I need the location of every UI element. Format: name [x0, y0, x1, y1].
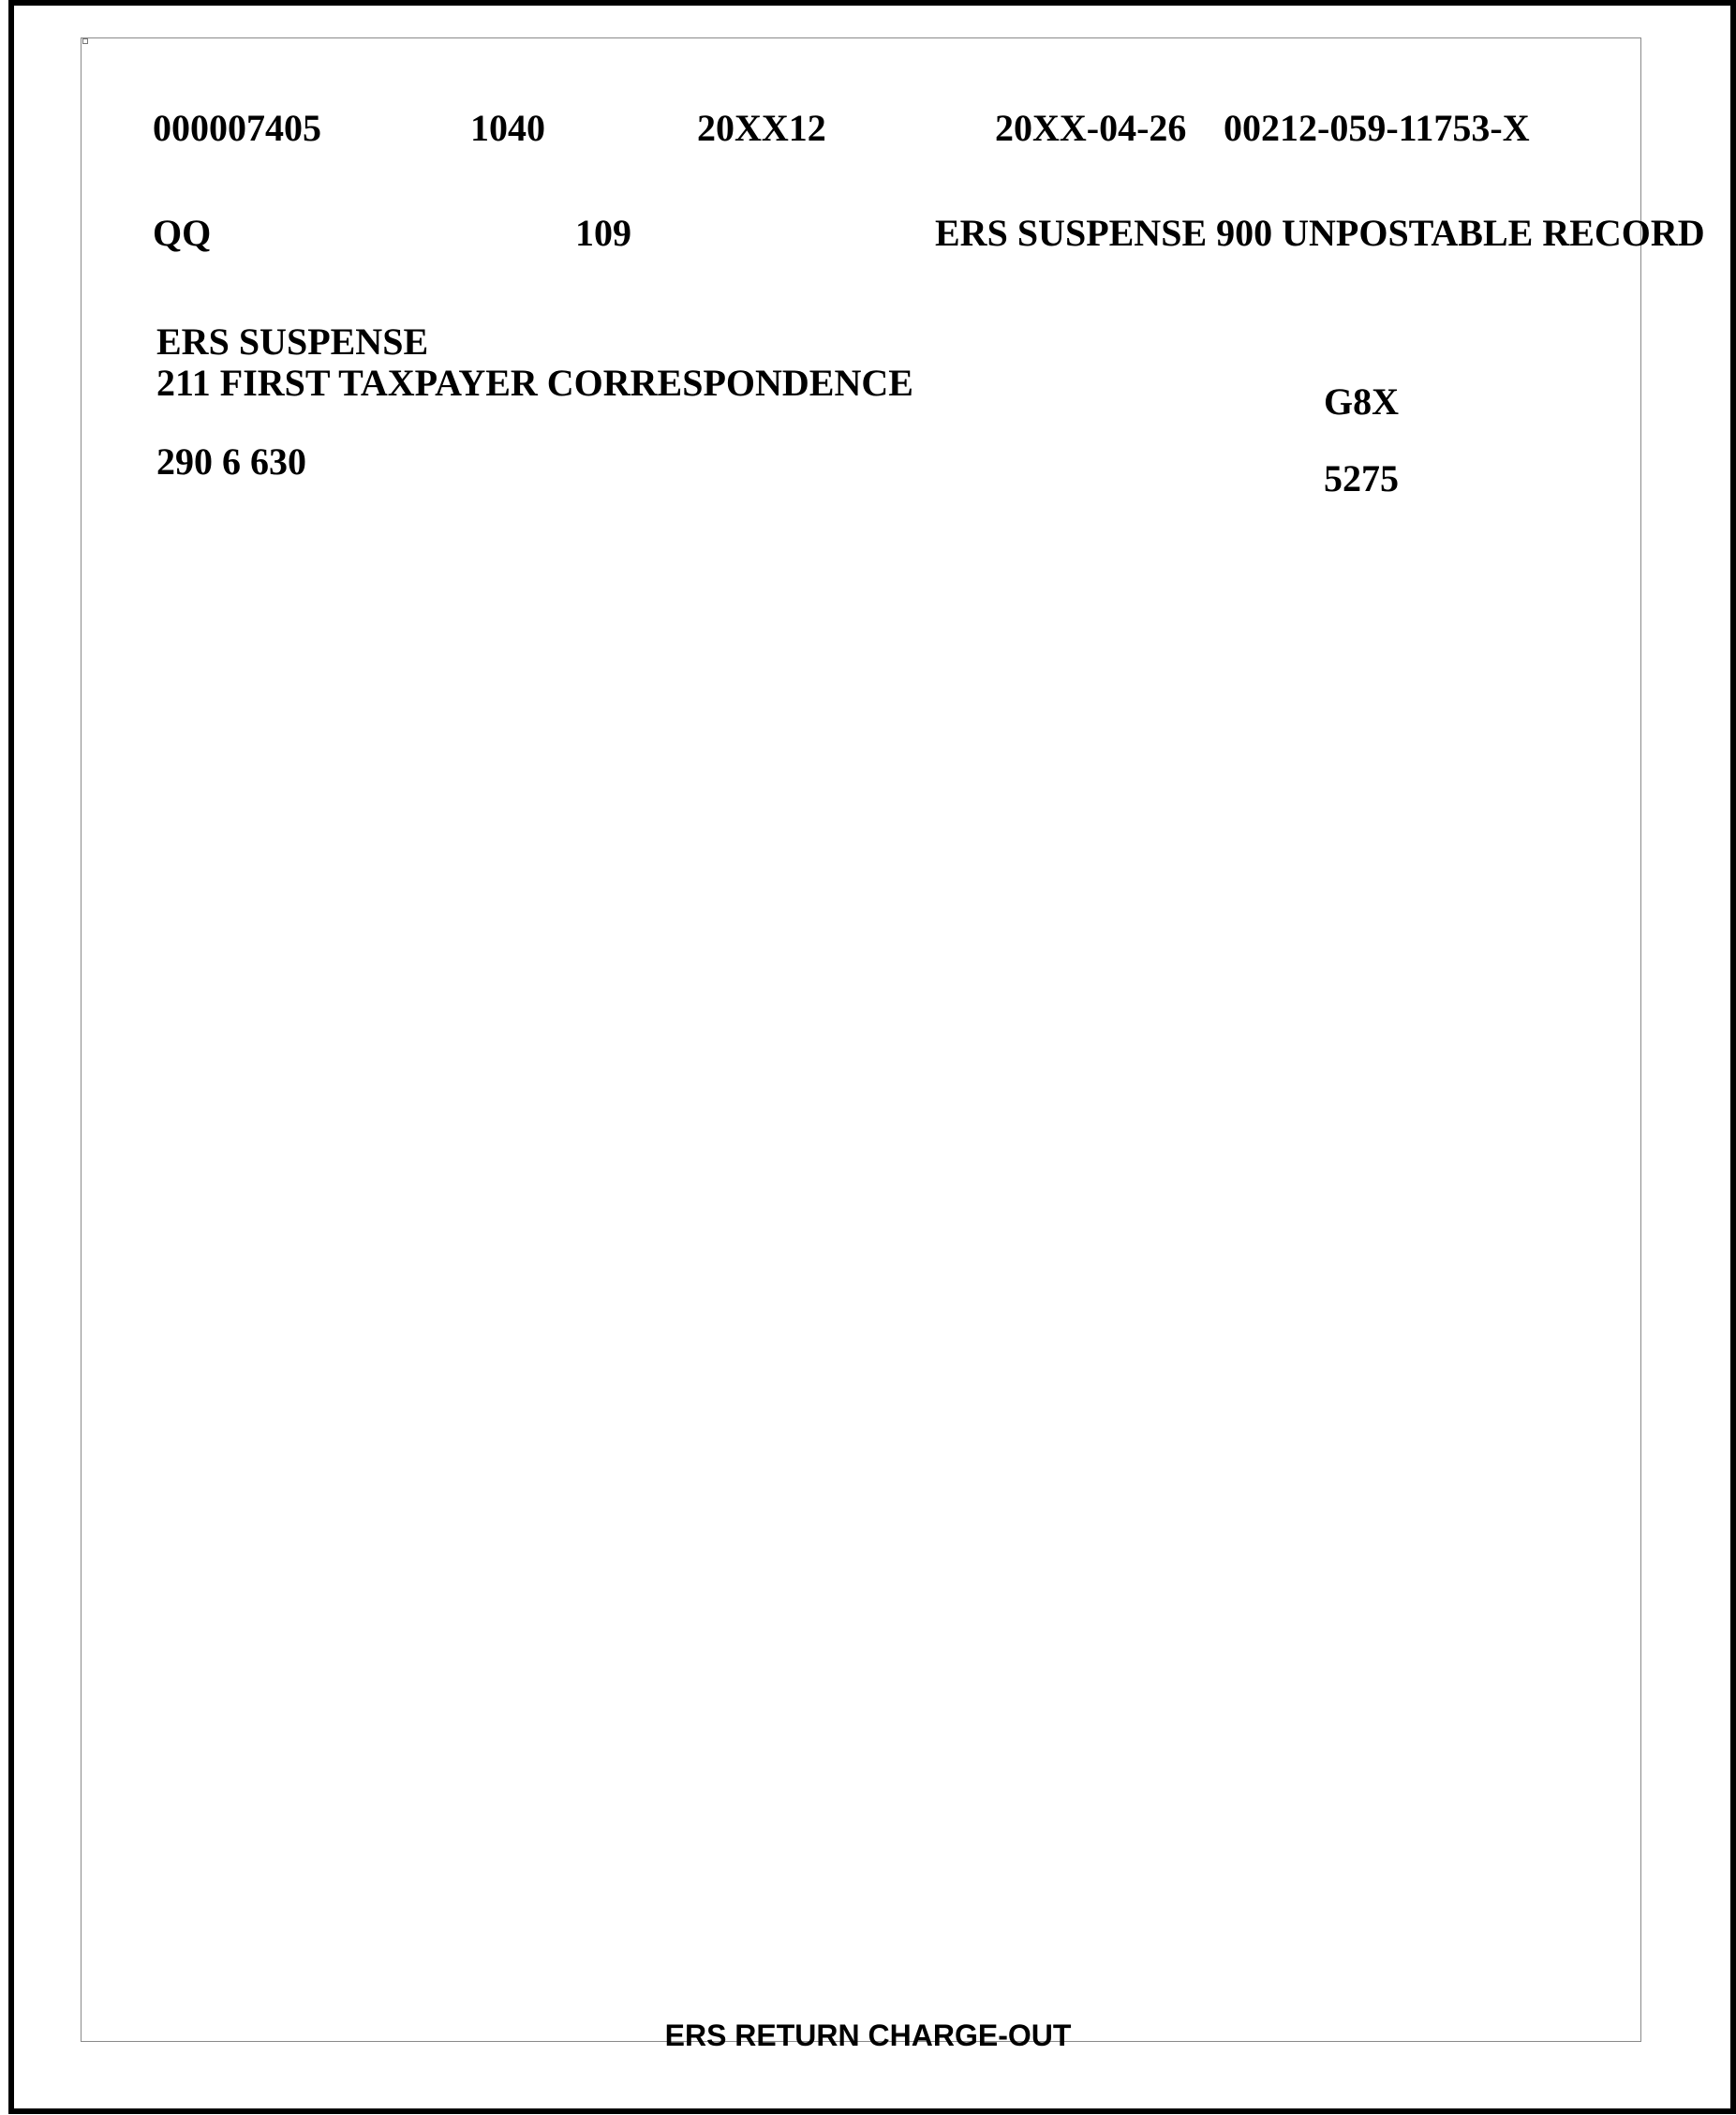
- status-number: 109: [575, 215, 631, 252]
- status-code: QQ: [153, 215, 211, 252]
- address-line-3: 290 6 630: [156, 443, 306, 481]
- address-line-2: 211 FIRST TAXPAYER CORRESPONDENCE: [156, 365, 913, 402]
- right-code: G8X: [1324, 383, 1399, 421]
- record-date: 20XX-04-26: [995, 110, 1186, 147]
- document-icon: [82, 38, 88, 44]
- document-number: 000007405: [153, 110, 321, 147]
- dln-number: 00212-059-11753-X: [1224, 110, 1530, 147]
- tax-period: 20XX12: [697, 110, 826, 147]
- record-description: ERS SUSPENSE 900 UNPOSTABLE RECORD: [935, 215, 1705, 252]
- form-number: 1040: [470, 110, 545, 147]
- form-caption: ERS RETURN CHARGE-OUT: [0, 2020, 1736, 2050]
- right-number: 5275: [1324, 460, 1399, 498]
- address-line-1: ERS SUSPENSE: [156, 323, 428, 361]
